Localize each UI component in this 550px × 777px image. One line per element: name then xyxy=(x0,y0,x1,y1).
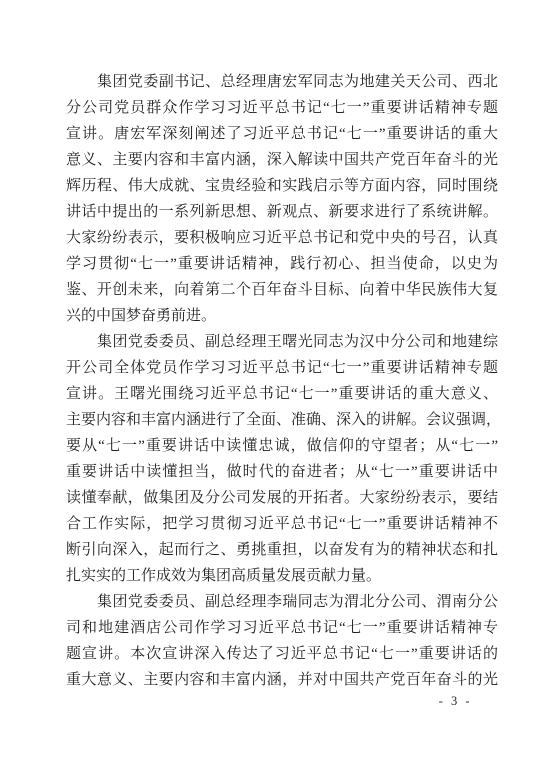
text-line: 学习贯彻“七一”重要讲话精神，践行初心、担当使命，以史为 xyxy=(66,251,498,277)
text-line: 分公司党员群众作学习习近平总书记“七一”重要讲话精神专题 xyxy=(66,95,498,121)
text-line: 司和地建酒店公司作学习习近平总书记“七一”重要讲话精神专 xyxy=(66,615,498,641)
page-number: - 3 - xyxy=(439,694,472,708)
text-line: 讲话中提出的一系列新思想、新观点、新要求进行了系统讲解。 xyxy=(66,199,498,225)
text-line: 大家纷纷表示，要积极响应习近平总书记和党中央的号召，认真 xyxy=(66,225,498,251)
text-line: 主要内容和丰富内涵进行了全面、准确、深入的讲解。会议强调， xyxy=(66,407,498,433)
paragraph-3: 集团党委委员、副总经理李瑞同志为渭北分公司、渭南分公 司和地建酒店公司作学习习近… xyxy=(66,589,498,693)
text-line: 兴的中国梦奋勇前进。 xyxy=(66,303,498,329)
text-line: 开公司全体党员作学习习近平总书记“七一”重要讲话精神专题 xyxy=(66,355,498,381)
document-page: 集团党委副书记、总经理唐宏军同志为地建关天公司、西北 分公司党员群众作学习习近平… xyxy=(0,0,550,777)
text-line: 集团党委副书记、总经理唐宏军同志为地建关天公司、西北 xyxy=(66,69,498,95)
text-line: 意义、主要内容和丰富内涵，深入解读中国共产党百年奋斗的光 xyxy=(66,147,498,173)
text-line: 宣讲。王曙光围绕习近平总书记“七一”重要讲话的重大意义、 xyxy=(66,381,498,407)
text-line: 鉴、开创未来，向着第二个百年奋斗目标、向着中华民族伟大复 xyxy=(66,277,498,303)
document-body: 集团党委副书记、总经理唐宏军同志为地建关天公司、西北 分公司党员群众作学习习近平… xyxy=(66,69,498,693)
text-line: 要从“七一”重要讲话中读懂忠诚，做信仰的守望者；从“七一” xyxy=(66,433,498,459)
text-line: 断引向深入，起而行之、勇挑重担，以奋发有为的精神状态和扎 xyxy=(66,537,498,563)
text-line: 集团党委委员、副总经理李瑞同志为渭北分公司、渭南分公 xyxy=(66,589,498,615)
text-line: 重要讲话中读懂担当，做时代的奋进者；从“七一”重要讲话中 xyxy=(66,459,498,485)
text-line: 集团党委委员、副总经理王曙光同志为汉中分公司和地建综 xyxy=(66,329,498,355)
text-line: 读懂奉献，做集团及分公司发展的开拓者。大家纷纷表示，要结 xyxy=(66,485,498,511)
text-line: 辉历程、伟大成就、宝贵经验和实践启示等方面内容，同时围绕 xyxy=(66,173,498,199)
text-line: 宣讲。唐宏军深刻阐述了习近平总书记“七一”重要讲话的重大 xyxy=(66,121,498,147)
text-line: 合工作实际，把学习贯彻习近平总书记“七一”重要讲话精神不 xyxy=(66,511,498,537)
paragraph-1: 集团党委副书记、总经理唐宏军同志为地建关天公司、西北 分公司党员群众作学习习近平… xyxy=(66,69,498,329)
text-line: 扎实实的工作成效为集团高质量发展贡献力量。 xyxy=(66,563,498,589)
paragraph-2: 集团党委委员、副总经理王曙光同志为汉中分公司和地建综 开公司全体党员作学习习近平… xyxy=(66,329,498,589)
text-line: 重大意义、主要内容和丰富内涵，并对中国共产党百年奋斗的光 xyxy=(66,667,498,693)
text-line: 题宣讲。本次宣讲深入传达了习近平总书记“七一”重要讲话的 xyxy=(66,641,498,667)
